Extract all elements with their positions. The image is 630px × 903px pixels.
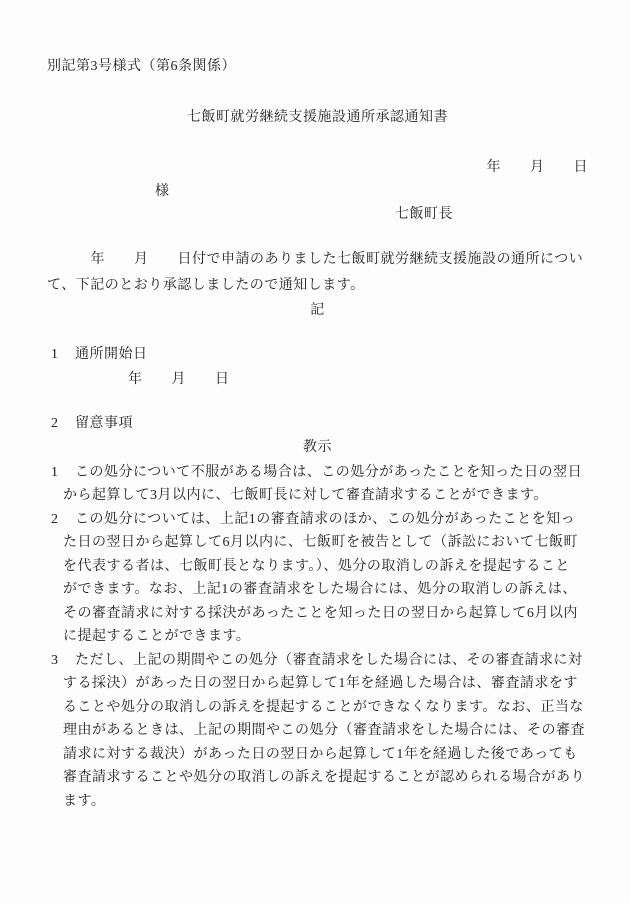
- section-2-label: 留意事項: [75, 416, 133, 431]
- kyoji-item-1-number: 1: [51, 461, 75, 485]
- document-page: 別記第3号様式（第6条関係） 七飯町就労継続支援施設通所承認通知書 年 月 日 …: [0, 0, 630, 903]
- issue-date-line: 年 月 日: [47, 156, 588, 180]
- body-paragraph: 年 月 日付で申請のありました七飯町就労継続支援施設の通所につい て、下記のとお…: [47, 247, 588, 298]
- ki-heading: 記: [47, 298, 588, 324]
- kyoji-item-2-text: この処分については、上記1の審査請求のほか、この処分があったことを知っ: [75, 512, 575, 527]
- section-1-label: 通所開始日: [75, 347, 148, 362]
- section-1-heading: 1通所開始日: [51, 343, 588, 367]
- kyoji-item-3-number: 3: [51, 649, 75, 673]
- addressee-line: 様: [155, 180, 588, 204]
- kyoji-item-2-line: た日の翌日から起算して6月以内に、七飯町を被告として（訴訟において七飯町: [51, 531, 588, 555]
- kyoji-item-2-line: ができます。なお、上記1の審査請求をした場合には、処分の取消しの訴えは、: [51, 578, 588, 602]
- kyoji-item-1-line: から起算して3月以内に、七飯町長に対して審査請求することができます。: [51, 484, 588, 508]
- kyoji-item-3-text: ただし、上記の期間やこの処分（審査請求をした場合には、その審査請求に対: [75, 653, 583, 668]
- kyoji-item-3-line: 審査請求することや処分の取消しの訴えを提起することが認められる場合があり: [51, 766, 588, 790]
- body-paragraph-line: 年 月 日付で申請のありました七飯町就労継続支援施設の通所につい: [47, 247, 588, 273]
- section-1-start-date-line: 年 月 日: [128, 368, 588, 392]
- form-number: 別記第3号様式（第6条関係）: [47, 55, 588, 79]
- section-1-number: 1: [51, 343, 75, 367]
- kyoji-item-1-line: 1この処分について不服がある場合は、この処分があったことを知った日の翌日: [51, 461, 588, 485]
- kyoji-item-3-line: ることや処分の取消しの訴えを提起することができなくなります。なお、正当な: [51, 696, 588, 720]
- kyoji-item-2-line: を代表する者は、七飯町長となります。）、処分の取消しの訴えを提起すること: [51, 555, 588, 579]
- kyoji-item-1-text: この処分について不服がある場合は、この処分があったことを知った日の翌日: [75, 465, 582, 480]
- kyoji-item-2-line: 2この処分については、上記1の審査請求のほか、この処分があったことを知っ: [51, 508, 588, 532]
- kyoji-item-2-line: その審査請求に対する採決があったことを知った日の翌日から起算して6月以内: [51, 602, 588, 626]
- kyoji-heading: 教示: [47, 436, 588, 460]
- page-title: 七飯町就労継続支援施設通所承認通知書: [47, 106, 588, 130]
- kyoji-item-3-line: 理由があるときは、上記の期間やこの処分（審査請求をした場合には、その審査: [51, 719, 588, 743]
- kyoji-item-2-number: 2: [51, 508, 75, 532]
- kyoji-item-3-line: ます。: [51, 790, 588, 814]
- section-2-heading: 2留意事項: [51, 412, 588, 436]
- section-2-number: 2: [51, 412, 75, 436]
- sender-line: 七飯町長: [395, 203, 588, 227]
- kyoji-item-3-line: 3ただし、上記の期間やこの処分（審査請求をした場合には、その審査請求に対: [51, 649, 588, 673]
- kyoji-item-2-line: に提起することができます。: [51, 625, 588, 649]
- kyoji-item-3-line: 請求に対する裁決）があった日の翌日から起算して1年を経過した後であっても: [51, 743, 588, 767]
- body-paragraph-line: て、下記のとおり承認しましたので通知します。: [47, 273, 588, 299]
- kyoji-list: 1この処分について不服がある場合は、この処分があったことを知った日の翌日 から起…: [47, 461, 588, 814]
- kyoji-item-3-line: する採決）があった日の翌日から起算して1年を経過した場合は、審査請求をす: [51, 672, 588, 696]
